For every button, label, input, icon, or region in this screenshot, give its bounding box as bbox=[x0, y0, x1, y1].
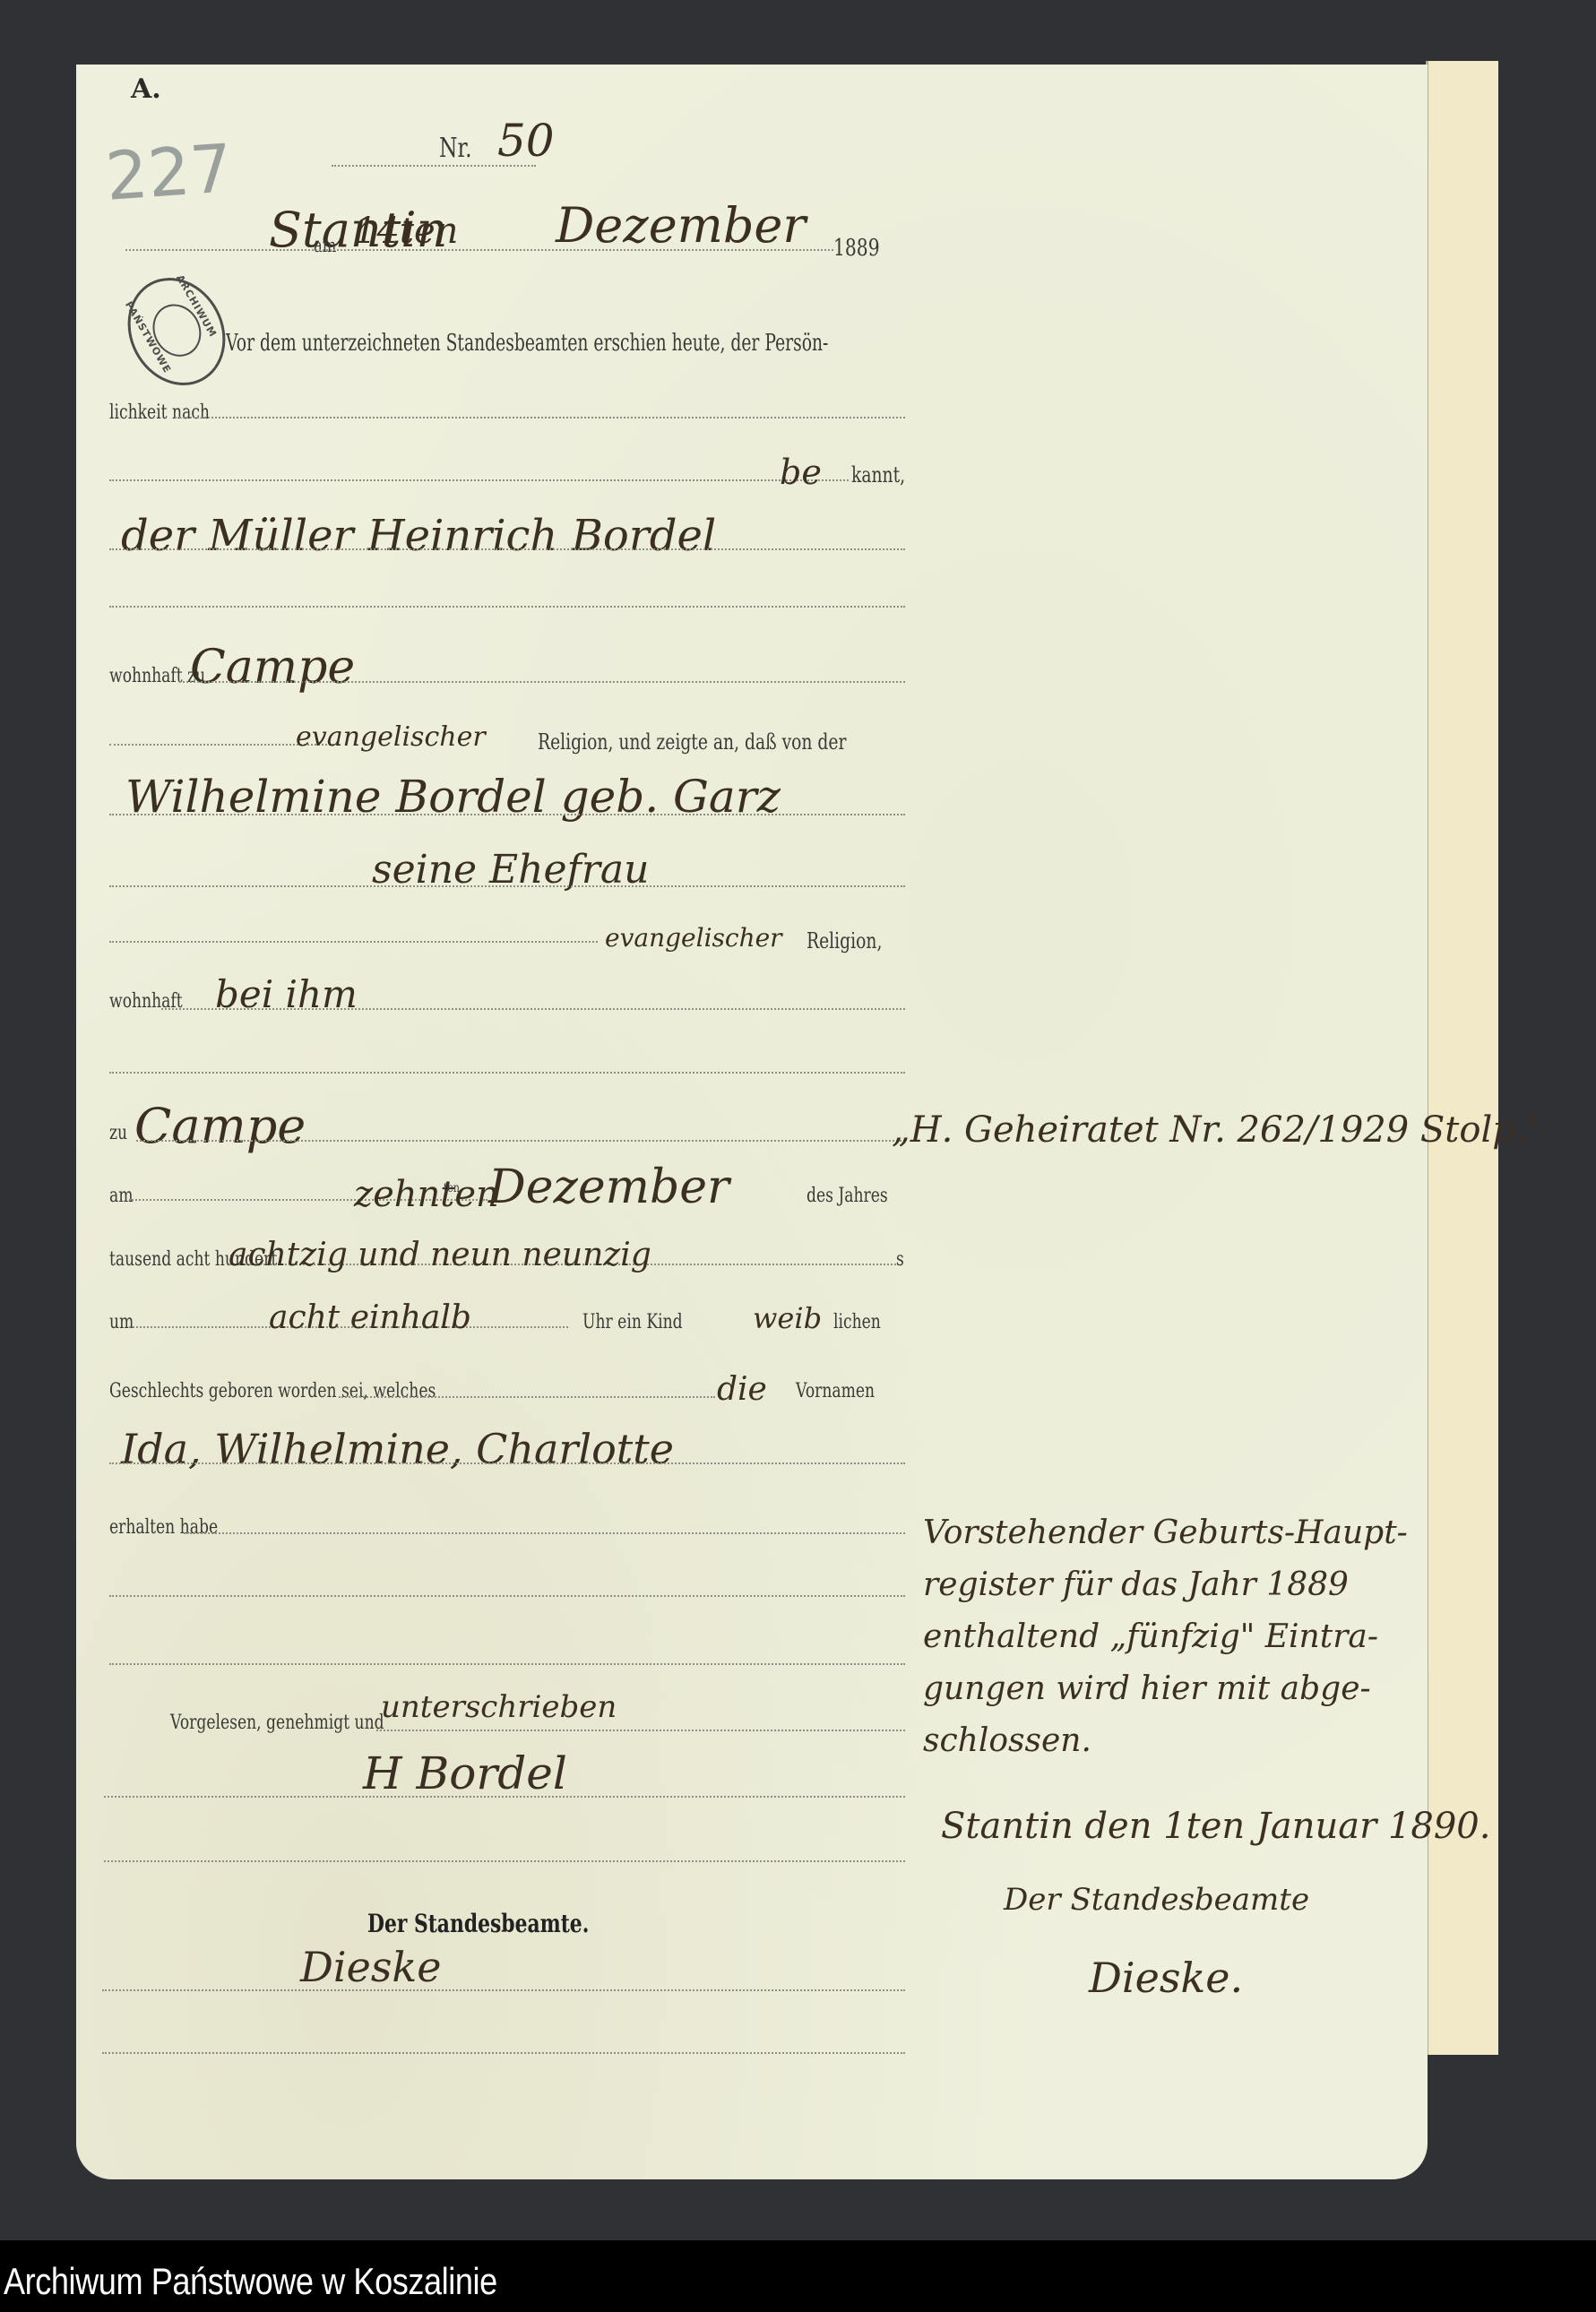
line-blank-6 bbox=[102, 2052, 905, 2054]
registrar-signature: Dieske bbox=[300, 1943, 442, 1991]
uhr-clause: Uhr ein Kind bbox=[582, 1311, 683, 1333]
religion-label: Religion, bbox=[807, 928, 882, 953]
line-erhalten bbox=[184, 1532, 905, 1534]
line-informant bbox=[109, 548, 905, 550]
line-article bbox=[339, 1396, 715, 1398]
known-prefix: be bbox=[780, 453, 822, 492]
lichen-suffix: lichen bbox=[833, 1311, 881, 1333]
child-gender: weib bbox=[753, 1301, 822, 1335]
line-blank-5 bbox=[104, 1860, 905, 1862]
closure-line-4: gungen wird hier mit abge- bbox=[923, 1670, 1371, 1707]
gender-clause: Geschlechts geboren worden sei, welches bbox=[109, 1380, 436, 1402]
closure-title: Der Standesbeamte bbox=[1004, 1882, 1309, 1918]
archive-footer-bar: Archiwum Państwowe w Koszalinie bbox=[0, 2240, 1596, 2312]
line-known bbox=[109, 479, 849, 481]
line-mother bbox=[109, 814, 905, 815]
line-mother-residence bbox=[161, 1008, 905, 1010]
line-child-names bbox=[109, 1462, 905, 1464]
line-registrar bbox=[102, 1989, 905, 1991]
line-personal bbox=[175, 417, 905, 418]
date-prefix: am bbox=[314, 235, 336, 256]
vornamen-label: Vornamen bbox=[796, 1380, 875, 1402]
line-blank-1 bbox=[109, 606, 905, 608]
line-mother-religion bbox=[109, 941, 598, 943]
year-printed: 1889 bbox=[833, 235, 880, 262]
am-label: am bbox=[109, 1185, 134, 1207]
intro-text-cont: lichkeit nach bbox=[109, 401, 210, 424]
closure-line-3: enthaltend „fünfzig" Eintra- bbox=[923, 1618, 1378, 1655]
line-residence bbox=[179, 681, 905, 683]
informant-residence: Campe bbox=[190, 641, 355, 694]
birth-day: zehnten bbox=[354, 1174, 499, 1215]
um-label: um bbox=[109, 1311, 134, 1333]
mother-religion: evangelischer bbox=[605, 923, 782, 953]
line-blank-2 bbox=[109, 1072, 905, 1074]
signed-word: unterschrieben bbox=[381, 1689, 617, 1725]
closure-place-date: Stantin den 1ten Januar 1890. bbox=[941, 1806, 1490, 1847]
entry-number: 50 bbox=[497, 115, 555, 167]
s-suffix: s bbox=[896, 1248, 904, 1271]
entry-number-line bbox=[332, 165, 536, 167]
line-relation bbox=[109, 885, 905, 887]
intro-text: Vor dem unterzeichneten Standesbeamten e… bbox=[226, 330, 828, 357]
marriage-note: „H. Geheiratet Nr. 262/1929 Stolp." bbox=[892, 1109, 1543, 1151]
date-line bbox=[125, 249, 833, 251]
folded-page-margin bbox=[1426, 61, 1498, 2055]
line-birth-place bbox=[136, 1140, 905, 1142]
closing-text: Vorgelesen, genehmigt und bbox=[170, 1712, 384, 1734]
archive-name: Archiwum Państwowe w Koszalinie bbox=[4, 2260, 497, 2303]
form-letter: A. bbox=[131, 73, 161, 105]
day: 14ten bbox=[354, 211, 458, 252]
month: Dezember bbox=[556, 197, 806, 254]
entry-number-label: Nr. bbox=[439, 133, 472, 164]
informant-religion: evangelischer bbox=[296, 721, 486, 753]
closure-line-1: Vorstehender Geburts-Haupt- bbox=[923, 1514, 1408, 1551]
birth-place: Campe bbox=[134, 1098, 306, 1154]
zu-label: zu bbox=[109, 1122, 127, 1144]
registrar-title: Der Standesbeamte. bbox=[367, 1909, 589, 1938]
line-informant-signature bbox=[104, 1796, 905, 1798]
line-signed bbox=[376, 1730, 905, 1731]
child-names: Ida, Wilhelmine, Charlotte bbox=[121, 1425, 674, 1473]
line-blank-3 bbox=[109, 1595, 905, 1597]
erhalten-label: erhalten habe bbox=[109, 1516, 218, 1539]
birth-year-words: achtzig und neun neunzig bbox=[229, 1237, 651, 1273]
closure-line-5: schlossen. bbox=[923, 1722, 1091, 1759]
des-jahres: des Jahres bbox=[807, 1185, 888, 1207]
pencil-folio-number: 227 bbox=[103, 130, 235, 216]
article: die bbox=[717, 1371, 767, 1408]
line-blank-4 bbox=[109, 1663, 905, 1665]
informant-signature: H Bordel bbox=[363, 1747, 567, 1799]
birth-hour: acht einhalb bbox=[269, 1299, 471, 1336]
ten-suffix: ten bbox=[444, 1181, 460, 1195]
religion-clause: Religion, und zeigte an, daß von der bbox=[538, 729, 846, 755]
closure-signature: Dieske. bbox=[1089, 1954, 1243, 2002]
informant: der Müller Heinrich Bordel bbox=[121, 511, 716, 561]
closure-line-2: register für das Jahr 1889 bbox=[923, 1566, 1349, 1603]
known-suffix: kannt, bbox=[851, 462, 905, 487]
birth-month: Dezember bbox=[488, 1160, 729, 1214]
